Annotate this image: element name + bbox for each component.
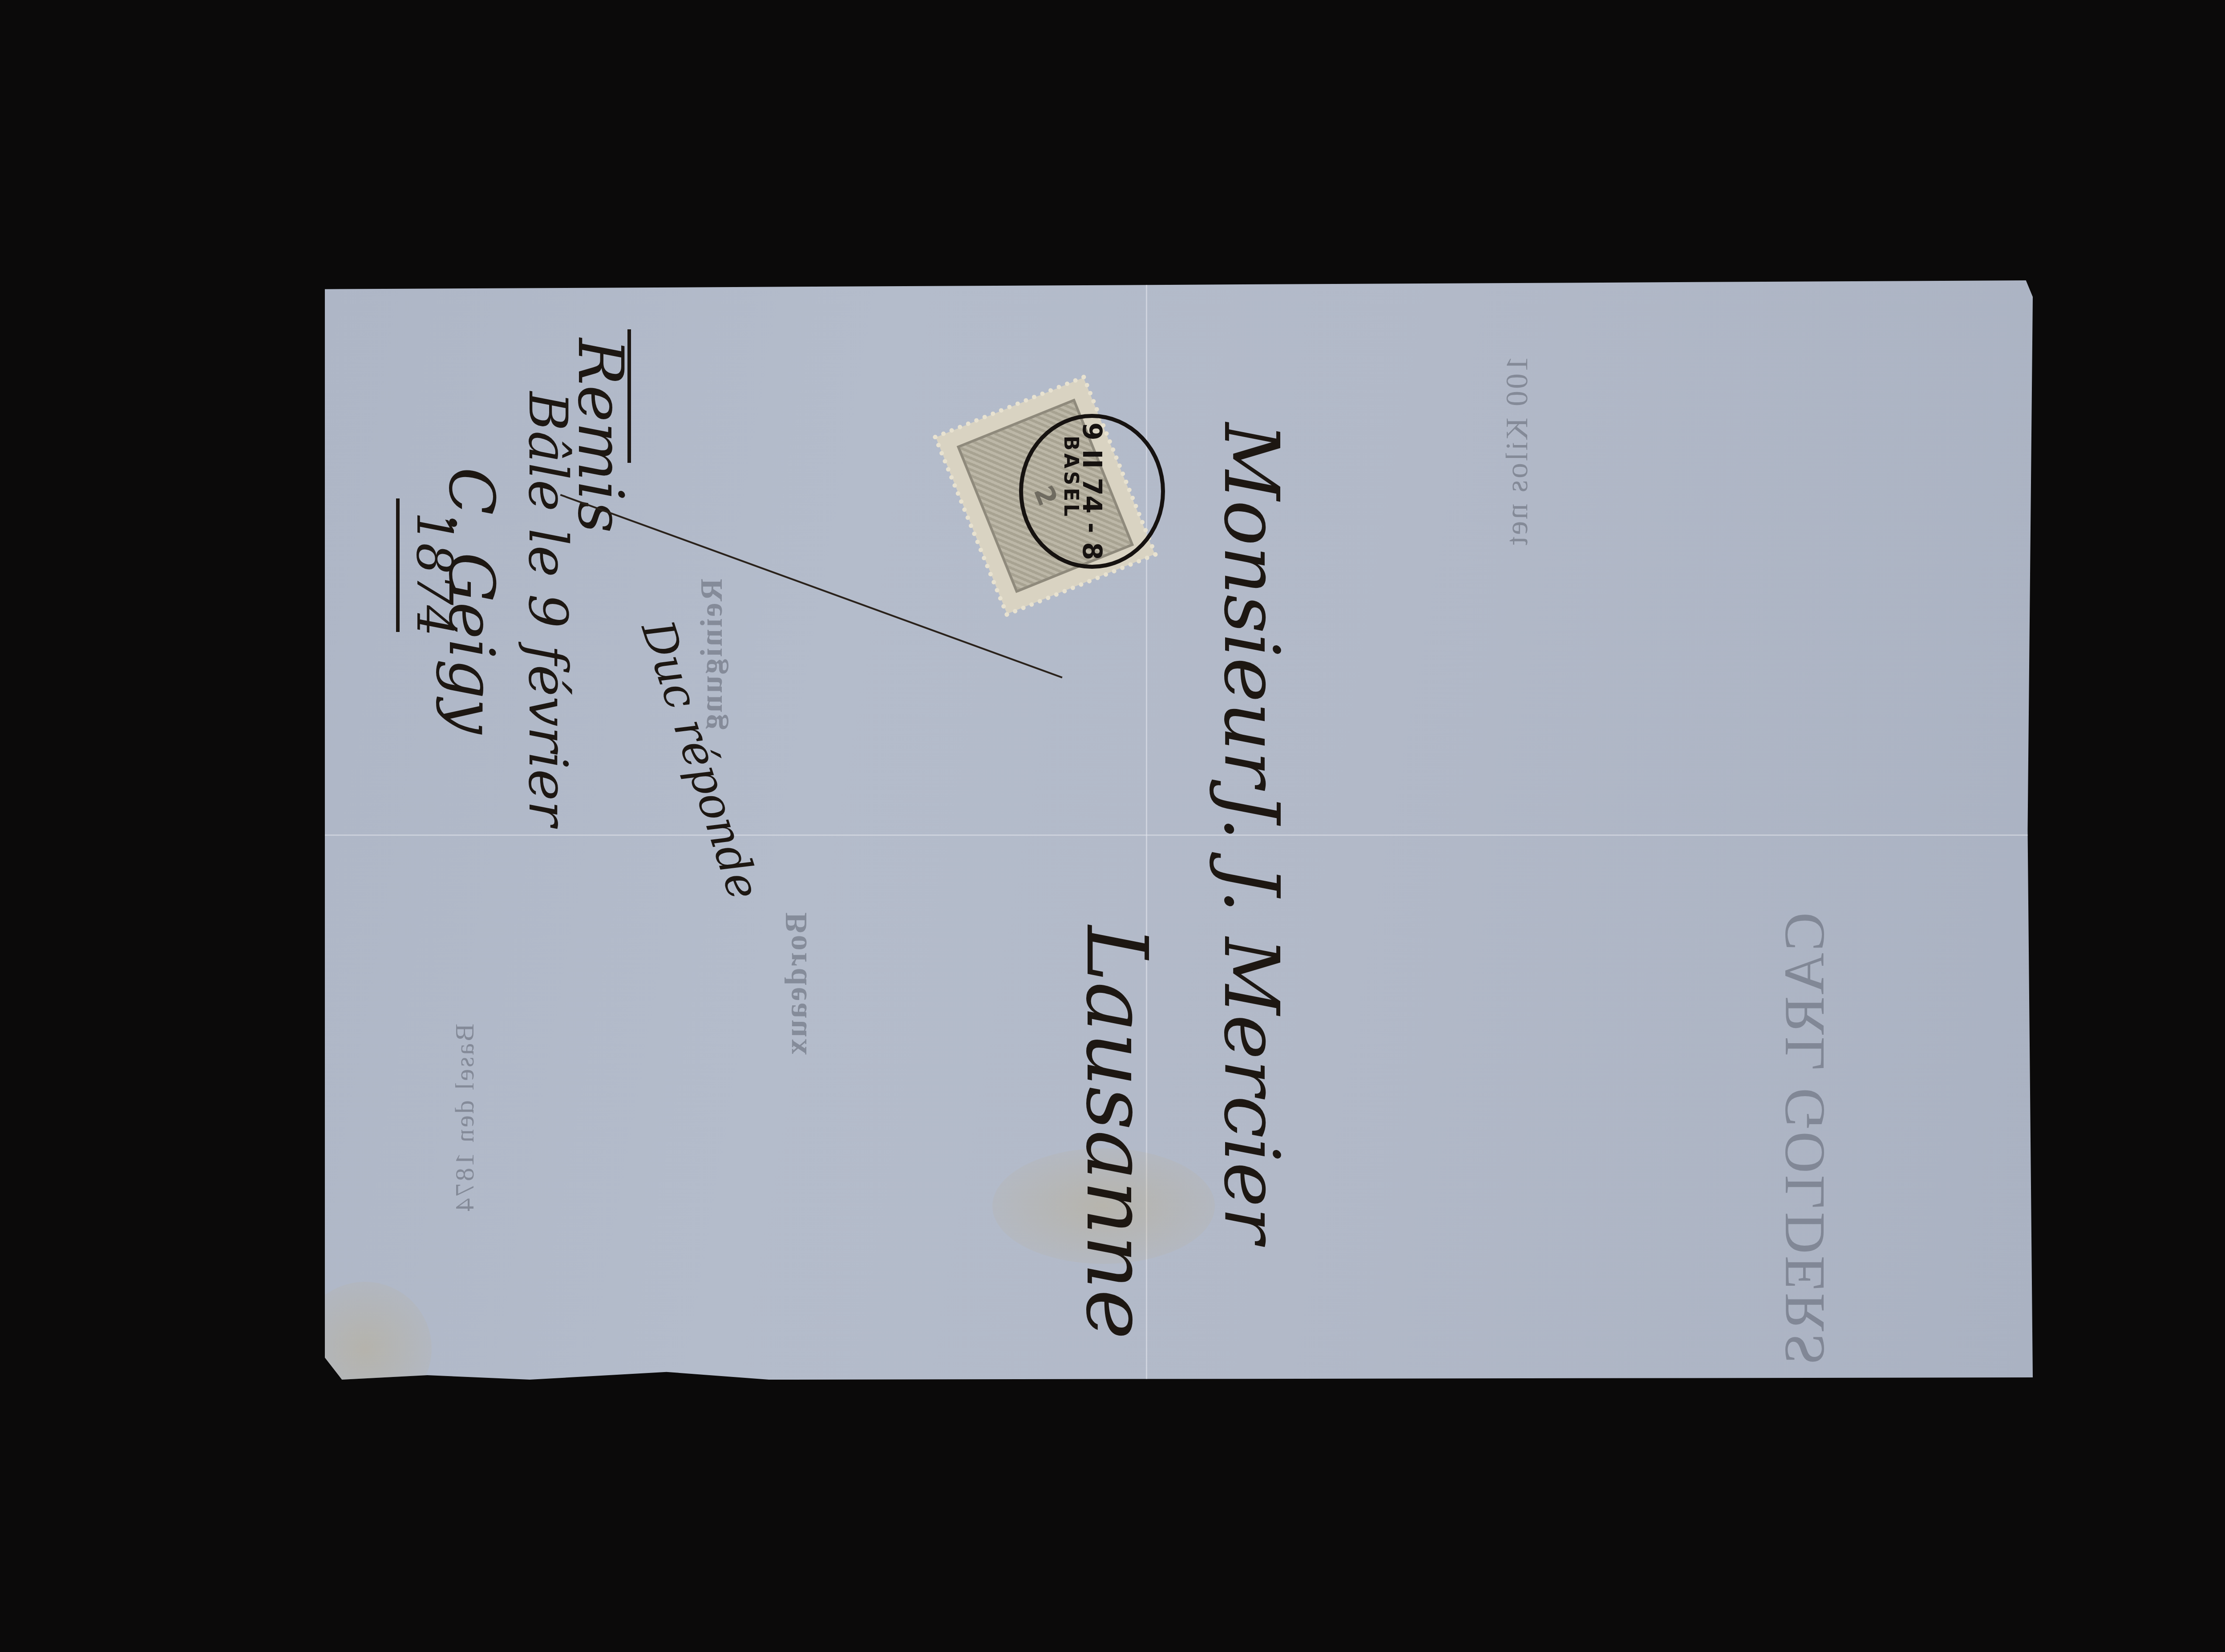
showthrough-line: Basel den 1874 xyxy=(449,1024,480,1213)
year-underline xyxy=(396,498,400,632)
showthrough-line: 100 Kilos net xyxy=(1500,356,1535,547)
address-salutation: Monsieur xyxy=(1207,423,1295,787)
age-stain xyxy=(298,1282,432,1415)
fold-line-horizontal xyxy=(325,834,2033,836)
sender-signature: C. Geigy xyxy=(435,467,507,734)
postmark-town: BASEL xyxy=(1060,436,1082,519)
address-city: Lausanne xyxy=(1068,926,1166,1340)
note-underline xyxy=(627,329,631,463)
handwritten-note: Remis xyxy=(564,338,636,533)
postmark-circle: 9 II 74 - 8 BASEL xyxy=(1019,414,1165,569)
address-name: J. J. Mercier xyxy=(1207,792,1295,1243)
showthrough-header: CARL GOLDERS xyxy=(1771,912,1838,1367)
showthrough-line: Bordeaux xyxy=(779,912,814,1057)
